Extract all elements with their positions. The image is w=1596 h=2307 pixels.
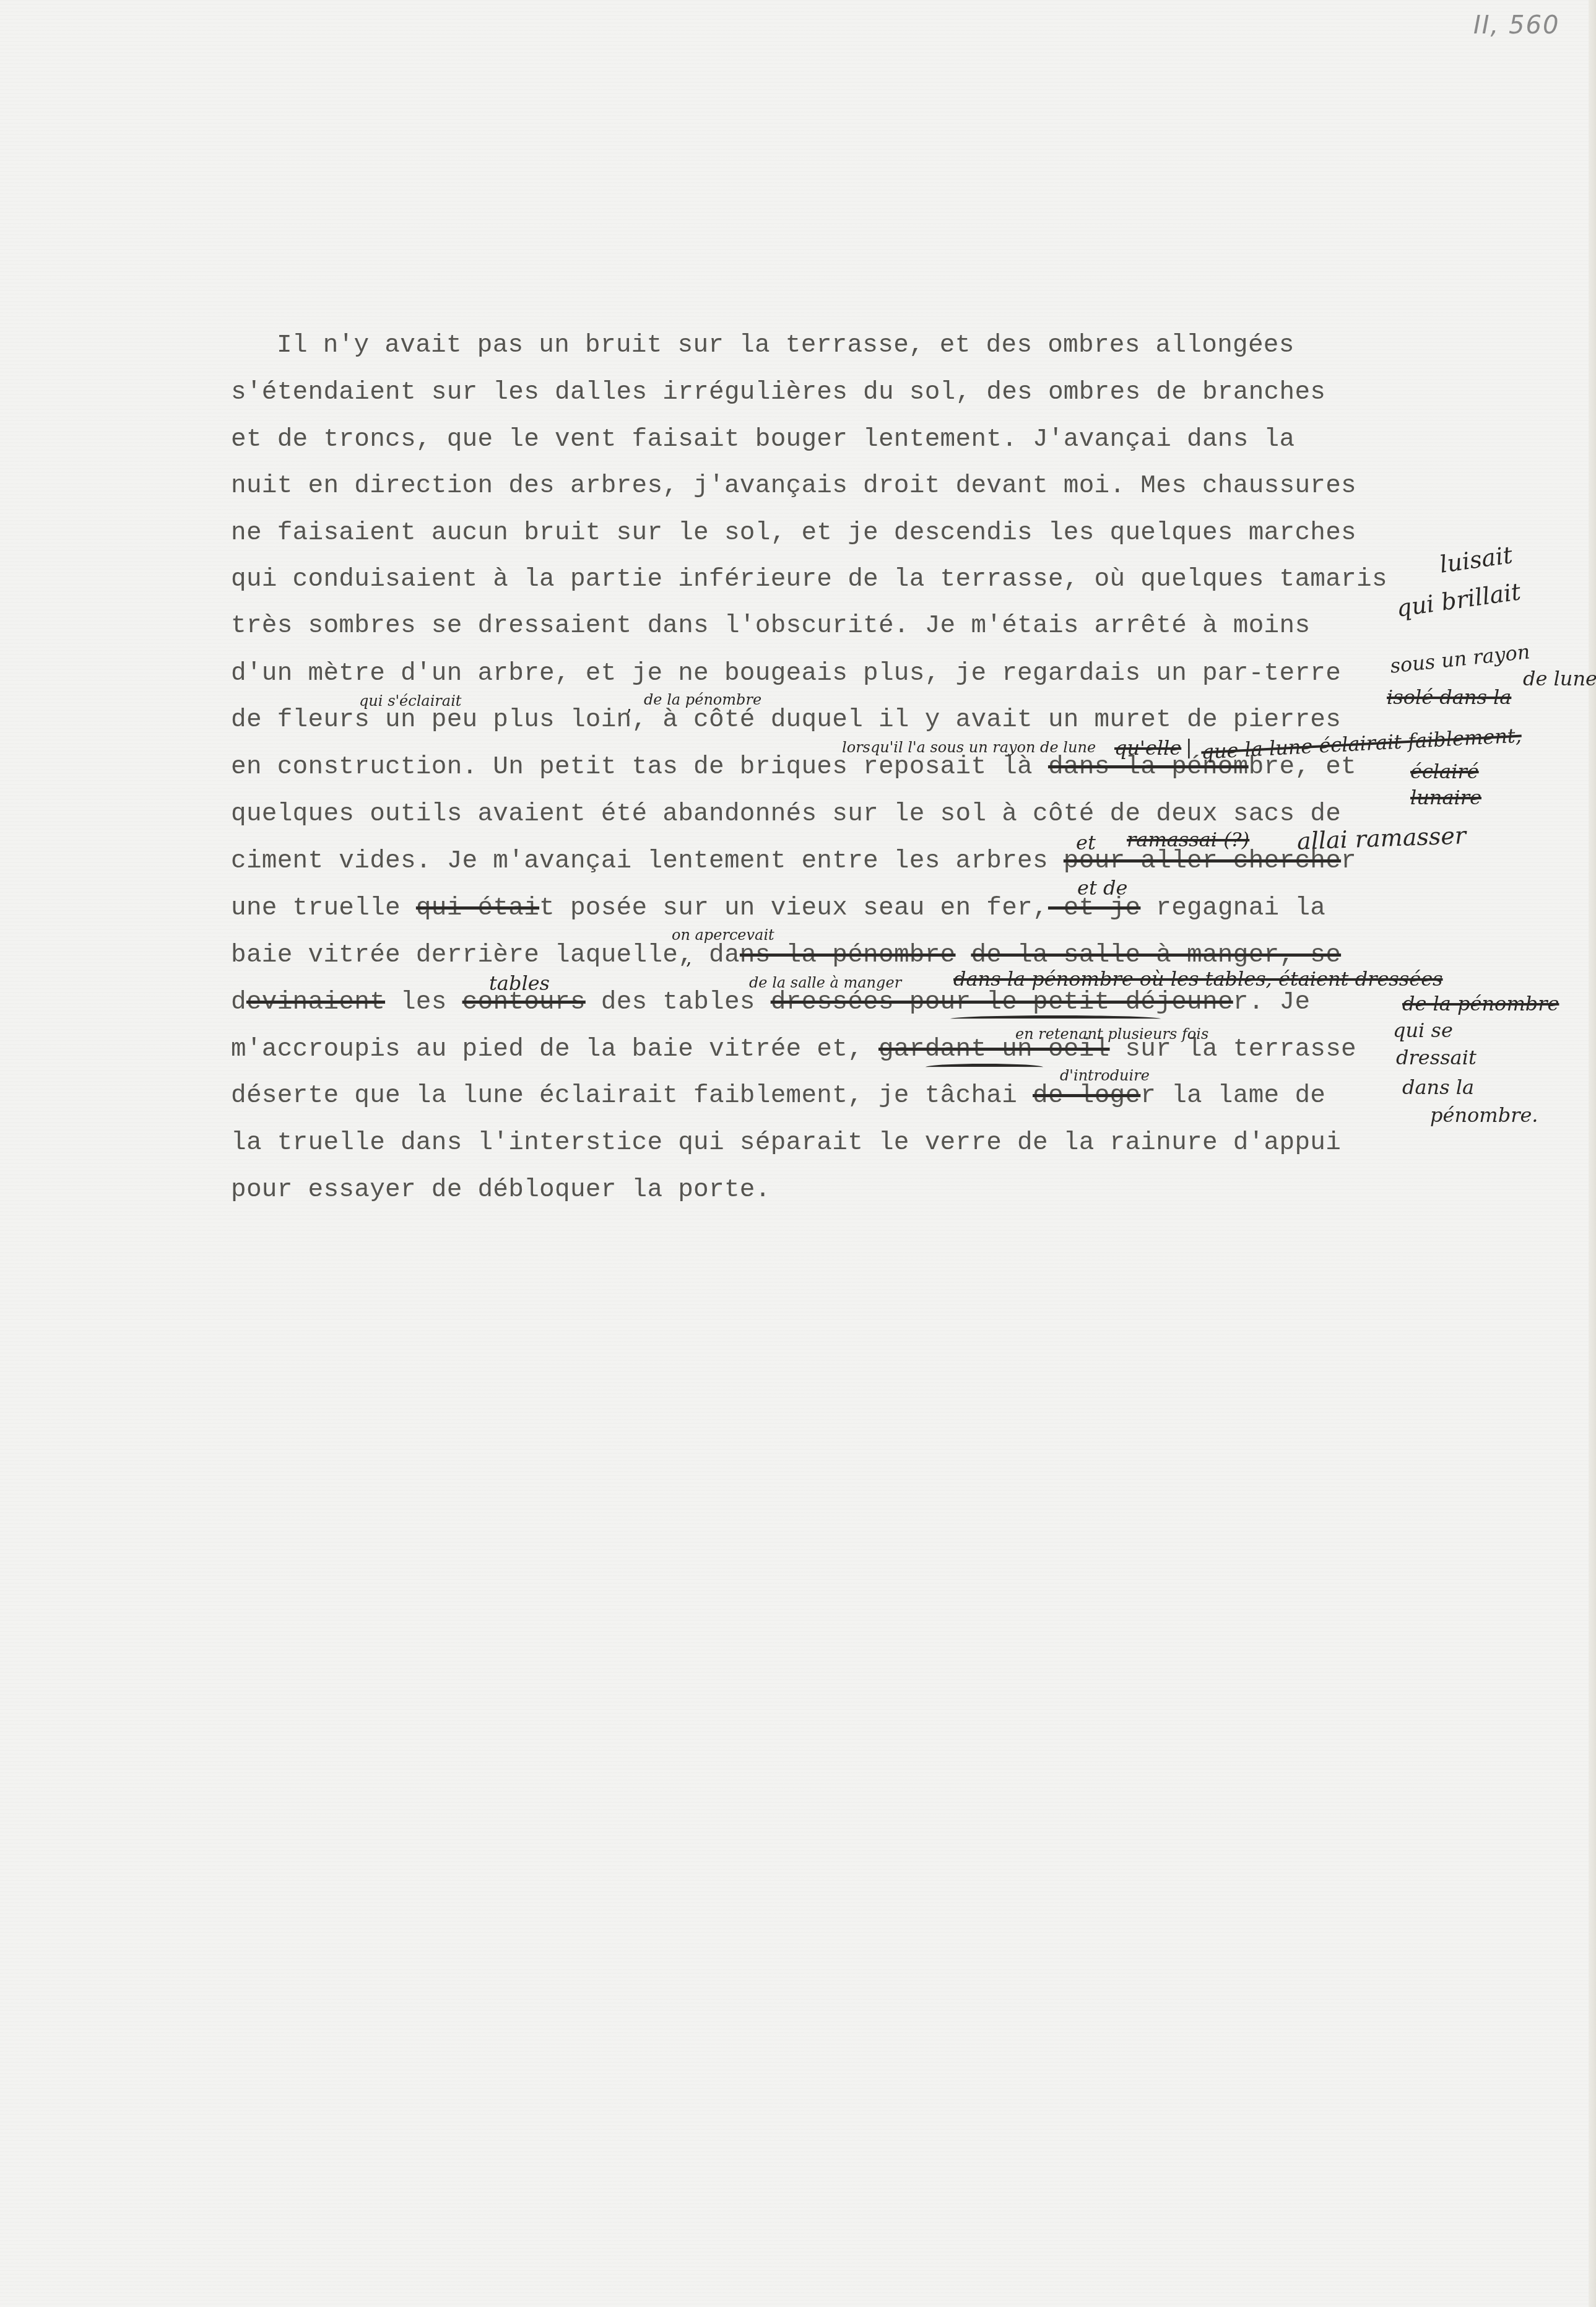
typed-text: baie vitrée derrière laquelle, da: [231, 941, 740, 970]
annotation-et: et: [1076, 833, 1096, 853]
typed-line-6: qui conduisaient à la partie inférieure …: [231, 567, 1387, 593]
annotation-tables: tables: [489, 973, 550, 993]
typed-text: r la lame de: [1140, 1082, 1325, 1110]
typed-text: nuit en direction des arbres, j'avançais…: [231, 472, 1356, 500]
typed-line-12: ciment vides. Je m'avançai lentement ent…: [231, 849, 1356, 874]
annotation-allai-ramasser: allai ramasser: [1296, 823, 1466, 853]
typed-line-15: devinaient les contours des tables dress…: [231, 990, 1310, 1015]
typed-line-2: s'étendaient sur les dalles irrégulières…: [231, 380, 1325, 406]
typed-text: très sombres se dressaient dans l'obscur…: [231, 612, 1310, 640]
typed-text: m'accroupis au pied de la baie vitrée et…: [231, 1035, 878, 1064]
annotation-eclaire: éclairé: [1410, 762, 1479, 781]
typed-text: de fleurs un peu plus loin, à côté duque…: [231, 706, 1341, 734]
typed-line-4: nuit en direction des arbres, j'avançais…: [231, 474, 1356, 499]
typed-text: les: [385, 988, 462, 1017]
typed-line-8: d'un mètre d'un arbre, et je ne bougeais…: [231, 661, 1341, 687]
typed-text: déserte que la lune éclairait faiblement…: [231, 1082, 1033, 1110]
typed-line-5: ne faisaient aucun bruit sur le sol, et …: [231, 521, 1356, 546]
annotation-et-de: et de: [1077, 878, 1127, 898]
annotation-qui-s-eclairait: qui s'éclairait: [359, 693, 461, 708]
paper-edge: [1589, 0, 1596, 2307]
typed-line-1: Il n'y avait pas un bruit sur la terrass…: [277, 333, 1295, 358]
typed-line-13: une truelle qui était posée sur un vieux…: [231, 896, 1325, 921]
annotation-qui-brillait: qui brillait: [1395, 580, 1522, 620]
struck-text: de la salle à manger, se: [971, 941, 1341, 970]
typed-text: r. Je: [1233, 988, 1311, 1017]
annotation-lunaire: lunaire: [1410, 788, 1481, 807]
annotation-isole-dans-la: isolé dans la: [1387, 687, 1511, 707]
typed-text: [755, 988, 771, 1017]
annotation-line10-struck1: qu'elle: [1114, 738, 1181, 758]
annotation-de-la-salle-a-manger: de la salle à manger: [749, 975, 901, 990]
underline-stroke: [926, 1064, 1043, 1071]
annotation-dans-la: dans la: [1402, 1077, 1474, 1097]
annotation-de-la-penombre-margin: de la pénombre: [1402, 994, 1559, 1014]
typed-line-11: quelques outils avaient été abandonnés s…: [231, 802, 1341, 827]
typed-line-3: et de troncs, que le vent faisait bouger…: [231, 427, 1295, 453]
typed-text: t posée sur un vieux seau en fer,: [539, 894, 1048, 923]
annotation-sous-un-rayon: sous un rayon: [1389, 641, 1531, 676]
typed-text: [956, 941, 971, 970]
insertion-caret: ,: [686, 947, 692, 969]
typed-text: une truelle: [231, 894, 416, 923]
underline-stroke: [950, 1015, 1161, 1022]
folio-number: II, 560: [1473, 11, 1559, 40]
annotation-penombre: pénombre.: [1430, 1105, 1538, 1125]
typed-text: d: [231, 988, 246, 1017]
struck-text: ns la pénombre: [740, 941, 956, 970]
annotation-separator: |: [1186, 737, 1192, 757]
typed-text: la truelle dans l'interstice qui séparai…: [231, 1129, 1341, 1157]
struck-text: de loge: [1033, 1082, 1140, 1110]
annotation-dressait: dressait: [1396, 1048, 1477, 1067]
annotation-on-apercevait: on apercevait: [672, 928, 774, 942]
struck-text: dressées pour le petit déjeune: [771, 988, 1233, 1017]
annotation-luisait: luisait: [1438, 543, 1514, 576]
typed-text: ne faisaient aucun bruit sur le sol, et …: [231, 519, 1356, 547]
typed-text: en construction. Un petit tas de briques…: [231, 753, 1048, 781]
typed-text: s'étendaient sur les dalles irrégulières…: [231, 378, 1325, 407]
annotation-line15-struck: dans la pénombre où les tables, étaient …: [953, 969, 1443, 989]
typed-line-18: la truelle dans l'interstice qui séparai…: [231, 1131, 1341, 1156]
insertion-caret: ʼ: [625, 706, 631, 728]
annotation-en-retenant: en retenant plusieurs fois: [1015, 1027, 1208, 1041]
typed-text: qui conduisaient à la partie inférieure …: [231, 565, 1387, 594]
annotation-de-lune: de lune,: [1523, 669, 1596, 689]
typed-text: pour essayer de débloquer la porte.: [231, 1176, 771, 1204]
manuscript-page: II, 560 Il n'y avait pas un bruit sur la…: [0, 0, 1596, 2307]
typed-line-7: très sombres se dressaient dans l'obscur…: [231, 614, 1310, 639]
typed-line-14: baie vitrée derrière laquelle, dans la p…: [231, 943, 1341, 968]
typed-line-17: déserte que la lune éclairait faiblement…: [231, 1084, 1325, 1109]
typed-text: Il n'y avait pas un bruit sur la terrass…: [277, 331, 1295, 360]
typed-text: d'un mètre d'un arbre, et je ne bougeais…: [231, 659, 1341, 688]
struck-text: qui étai: [416, 894, 539, 923]
typed-text: ciment vides. Je m'avançai lentement ent…: [231, 847, 1064, 875]
typed-text: es tables: [617, 988, 755, 1017]
annotation-de-la-penombre: de la pénombre: [644, 692, 761, 707]
annotation-qui-se: qui se: [1393, 1020, 1453, 1040]
typed-line-10: en construction. Un petit tas de briques…: [231, 755, 1356, 780]
typed-line-9: de fleurs un peu plus loin, à côté duque…: [231, 708, 1341, 733]
typed-line-19: pour essayer de débloquer la porte.: [231, 1178, 771, 1203]
typed-text: et de troncs, que le vent faisait bouger…: [231, 425, 1295, 454]
struck-text: evinaient: [246, 988, 385, 1017]
annotation-ramassai: ramassai (?): [1127, 830, 1249, 849]
annotation-line10-insert: lorsqu'il l'a sous un rayon de lune: [842, 740, 1096, 755]
annotation-d-introduire: d'introduire: [1060, 1068, 1150, 1083]
typed-text: regagnai la: [1140, 894, 1325, 923]
typed-text: d: [586, 988, 617, 1017]
typed-text: quelques outils avaient été abandonnés s…: [231, 800, 1341, 828]
